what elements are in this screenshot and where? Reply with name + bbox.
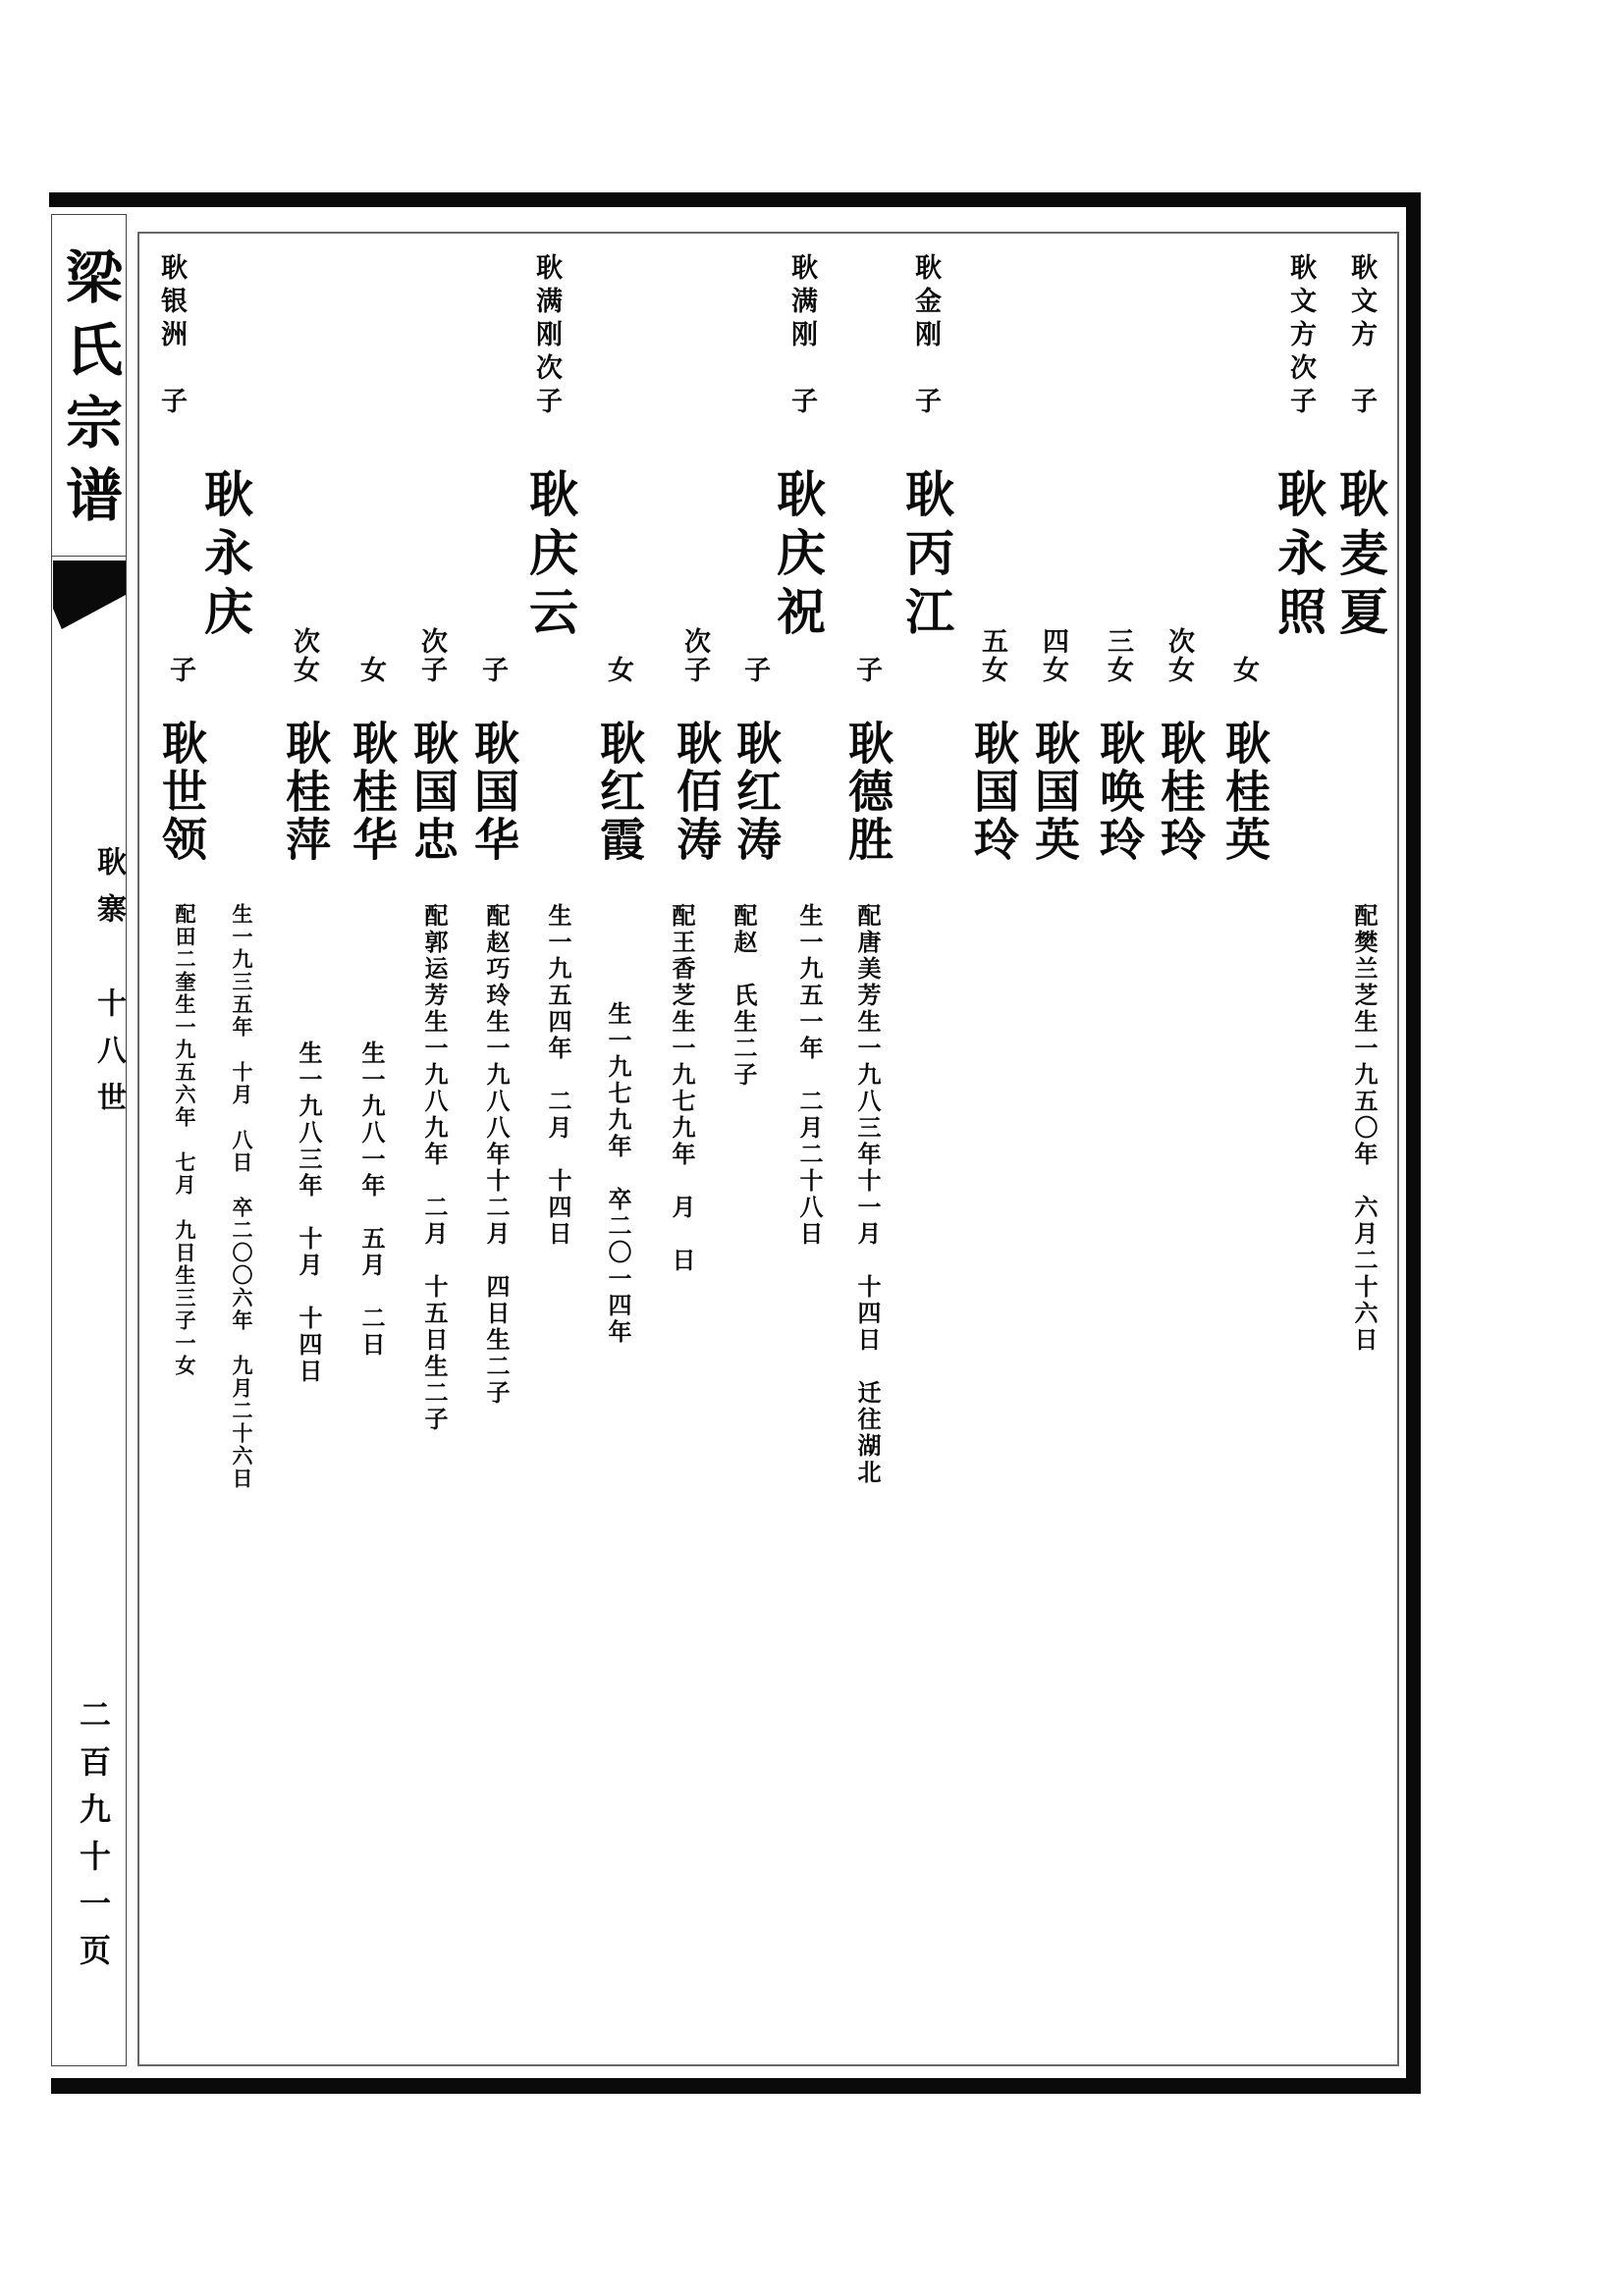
sidebar-divider-line [51, 556, 127, 557]
detail-text: 生一九八一年 五月 二日 [359, 1041, 383, 1359]
child-name: 耿红涛 [733, 720, 779, 864]
parent-ref-label: 耿满刚次子 [533, 253, 560, 420]
detail-text: 生一九五一年 二月二十八日 [797, 903, 821, 1248]
detail-text: 配樊兰芝生一九五〇年 六月二十六日 [1352, 903, 1376, 1354]
child-relation-label: 子 [853, 656, 880, 684]
detail-text: 配赵巧玲生一九八八年十二月 四日生二子 [484, 903, 508, 1407]
child-name: 耿国玲 [971, 720, 1016, 864]
child-name: 耿国华 [471, 720, 516, 864]
child-name: 耿唤玲 [1097, 720, 1142, 864]
child-name: 耿佰涛 [674, 720, 719, 864]
child-relation-label: 五女 [979, 627, 1005, 684]
frame-bottom-bar [51, 2078, 1421, 2094]
section-label: 耿寨 十八世 [93, 846, 123, 1129]
child-relation-label: 子 [479, 656, 506, 684]
person-name: 耿庆祝 [773, 468, 822, 645]
child-name: 耿德胜 [845, 720, 891, 864]
detail-text: 配唐美芳生一九八三年十一月 十四日 迁往湖北 [855, 903, 879, 1486]
parent-ref-label: 耿金刚 子 [912, 253, 939, 420]
child-name: 耿国英 [1032, 720, 1077, 864]
child-name: 耿桂英 [1222, 720, 1268, 864]
child-relation-label: 女 [605, 656, 631, 684]
book-title: 梁氏宗谱 [61, 247, 118, 538]
child-name: 耿桂华 [350, 720, 395, 864]
child-name: 耿世领 [159, 720, 204, 864]
detail-text: 生一九七九年 卒二〇一四年 [606, 1001, 629, 1346]
child-relation-label: 女 [357, 656, 384, 684]
person-name: 耿麦夏 [1335, 468, 1384, 645]
child-relation-label: 次子 [418, 627, 445, 684]
genealogy-page: 梁氏宗谱 耿寨 十八世 二百九十一页 耿文方 子 耿麦夏 配樊兰芝生一九五〇年 … [0, 0, 1624, 2296]
page-number: 二百九十一页 [78, 1698, 109, 1981]
parent-ref-label: 耿文方 子 [1348, 253, 1375, 420]
frame-right-bar [1406, 192, 1421, 2094]
person-name: 耿永庆 [200, 468, 249, 645]
child-relation-label: 四女 [1040, 627, 1066, 684]
child-relation-label: 子 [741, 656, 768, 684]
child-name: 耿国忠 [410, 720, 456, 864]
person-name: 耿丙江 [901, 468, 950, 645]
child-relation-label: 子 [167, 656, 193, 684]
detail-text: 生一九五四年 二月 十四日 [546, 903, 569, 1248]
frame-top-bar [49, 192, 1420, 207]
detail-text: 生一九八三年 十月 十四日 [297, 1041, 320, 1385]
person-name: 耿永照 [1273, 468, 1323, 645]
child-relation-label: 三女 [1105, 627, 1131, 684]
parent-ref-label: 耿满刚 子 [788, 253, 815, 420]
child-relation-label: 女 [1230, 656, 1257, 684]
child-name: 耿桂玲 [1158, 720, 1203, 864]
detail-text: 配王香芝生一九七九年 月 日 [670, 903, 693, 1274]
detail-text: 配田二奎生一九五六年 七月 九日生三子一女 [175, 903, 195, 1377]
child-relation-label: 次女 [291, 627, 317, 684]
child-relation-label: 次女 [1165, 627, 1192, 684]
detail-text: 配郭运芳生一九八九年 二月 十五日生二子 [422, 903, 446, 1433]
person-name: 耿庆云 [525, 468, 574, 645]
child-relation-label: 次子 [681, 627, 708, 684]
parent-ref-label: 耿文方次子 [1287, 253, 1314, 420]
detail-text: 配赵 氏生二子 [731, 903, 755, 1089]
child-name: 耿桂萍 [283, 720, 328, 864]
detail-text: 生一九三五年 十月 八日 卒二〇〇六年 九月二十六日 [232, 903, 252, 1490]
child-name: 耿红霞 [597, 720, 642, 864]
parent-ref-label: 耿银洲 子 [158, 253, 185, 420]
